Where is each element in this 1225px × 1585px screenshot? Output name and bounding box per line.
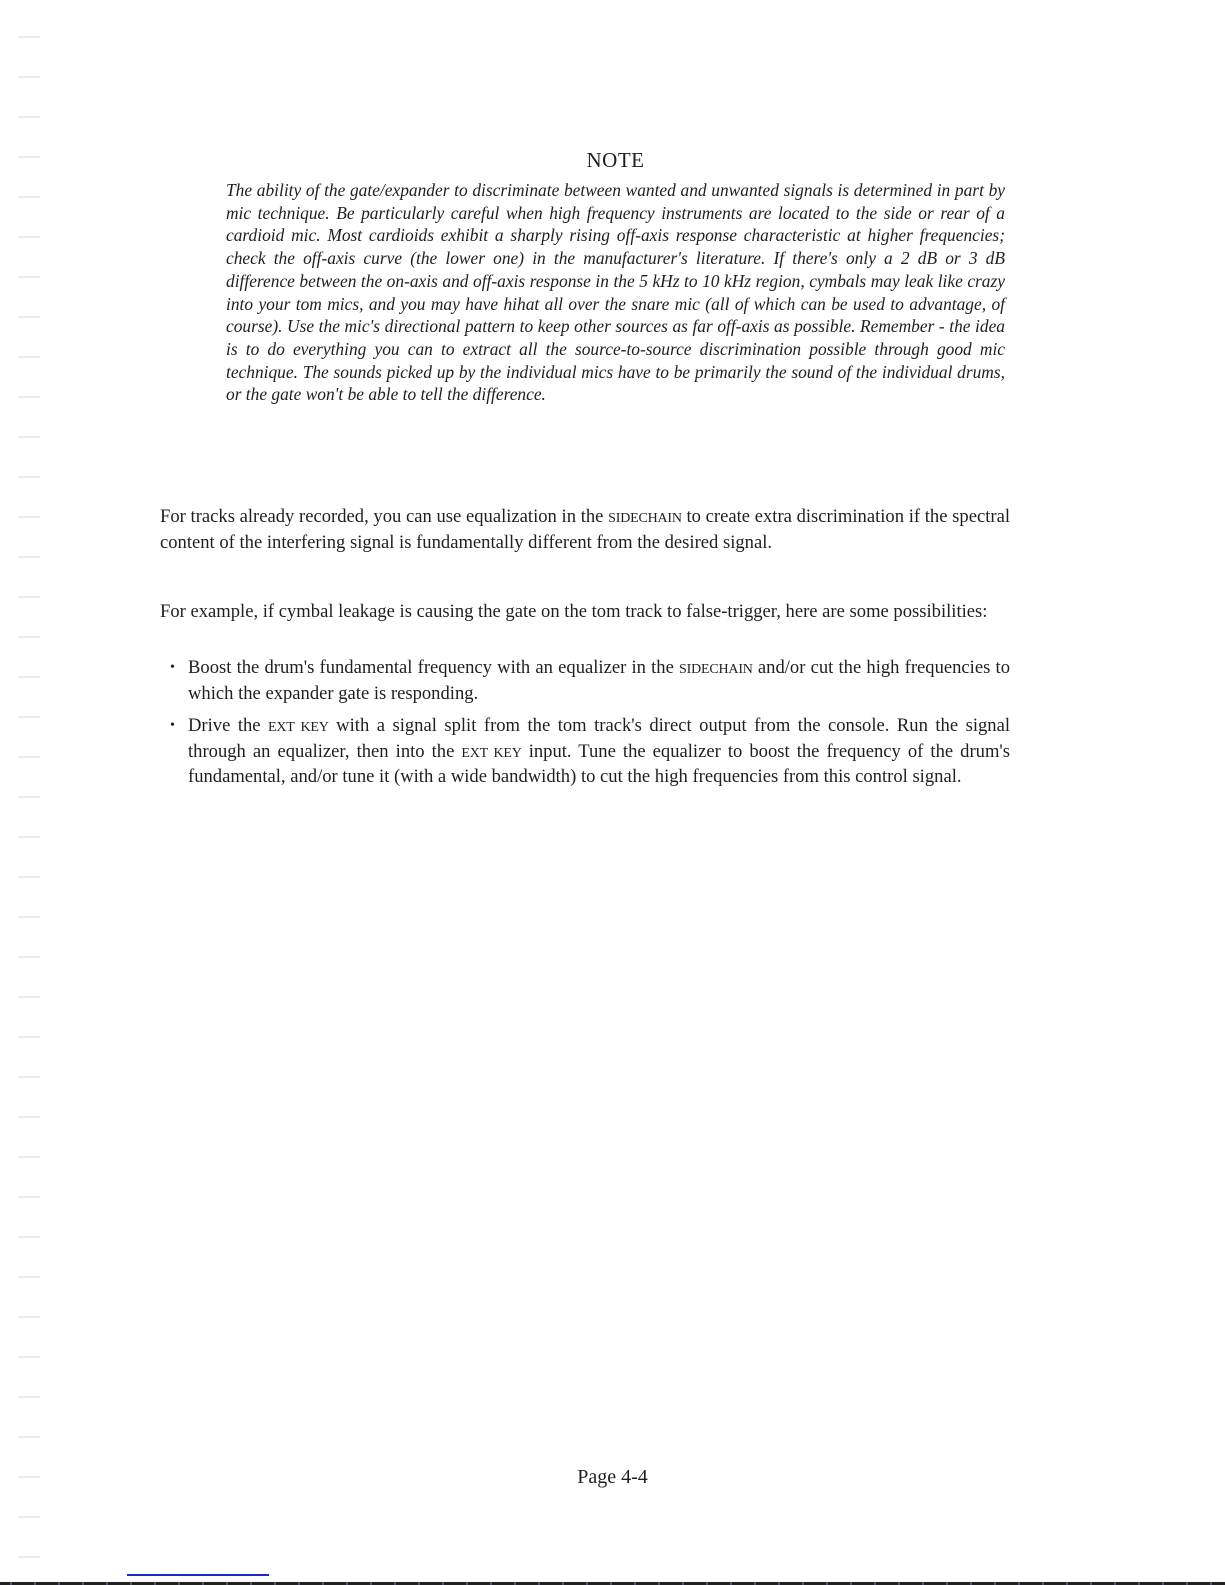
note-box: NOTE The ability of the gate/expander to… [226,148,1005,406]
margin-tick [18,1156,40,1158]
margin-tick-marks [18,0,40,1585]
margin-tick [18,1436,40,1438]
paragraph-example: For example, if cymbal leakage is causin… [160,600,1010,624]
margin-tick [18,1276,40,1278]
margin-tick [18,1036,40,1038]
margin-tick [18,1396,40,1398]
margin-tick [18,1316,40,1318]
page-number: Page 4-4 [0,1466,1225,1489]
bullet-icon: • [170,656,175,680]
note-title: NOTE [226,148,1005,173]
margin-tick [18,516,40,518]
margin-tick [18,676,40,678]
margin-tick [18,836,40,838]
margin-tick [18,316,40,318]
margin-tick [18,756,40,758]
margin-tick [18,876,40,878]
margin-tick [18,716,40,718]
margin-tick [18,396,40,398]
margin-tick [18,1356,40,1358]
margin-tick [18,1236,40,1238]
blue-underline-mark [127,1574,269,1576]
note-body: The ability of the gate/expander to disc… [226,179,1005,406]
margin-tick [18,356,40,358]
margin-tick [18,76,40,78]
possibilities-list: •Boost the drum's fundamental frequency … [160,656,1010,798]
term-sidechain: SIDECHAIN [679,662,753,677]
list-item: •Drive the EXT KEY with a signal split f… [160,714,1010,789]
paragraph-sidechain-eq: For tracks already recorded, you can use… [160,505,1010,554]
margin-tick [18,116,40,118]
margin-tick [18,636,40,638]
margin-tick [18,276,40,278]
margin-tick [18,796,40,798]
term-ext-key: EXT KEY [268,720,329,735]
document-page: NOTE The ability of the gate/expander to… [0,0,1225,1585]
margin-tick [18,1116,40,1118]
margin-tick [18,1516,40,1518]
margin-tick [18,436,40,438]
margin-tick [18,956,40,958]
margin-tick [18,596,40,598]
list-item: •Boost the drum's fundamental frequency … [160,656,1010,705]
term-ext-key: EXT KEY [461,746,521,761]
margin-tick [18,1556,40,1558]
margin-tick [18,1196,40,1198]
margin-tick [18,1076,40,1078]
margin-tick [18,196,40,198]
margin-tick [18,996,40,998]
margin-tick [18,556,40,558]
margin-tick [18,916,40,918]
term-sidechain: SIDECHAIN [608,511,682,526]
bullet-icon: • [170,714,175,738]
margin-tick [18,36,40,38]
margin-tick [18,476,40,478]
margin-tick [18,156,40,158]
margin-tick [18,236,40,238]
